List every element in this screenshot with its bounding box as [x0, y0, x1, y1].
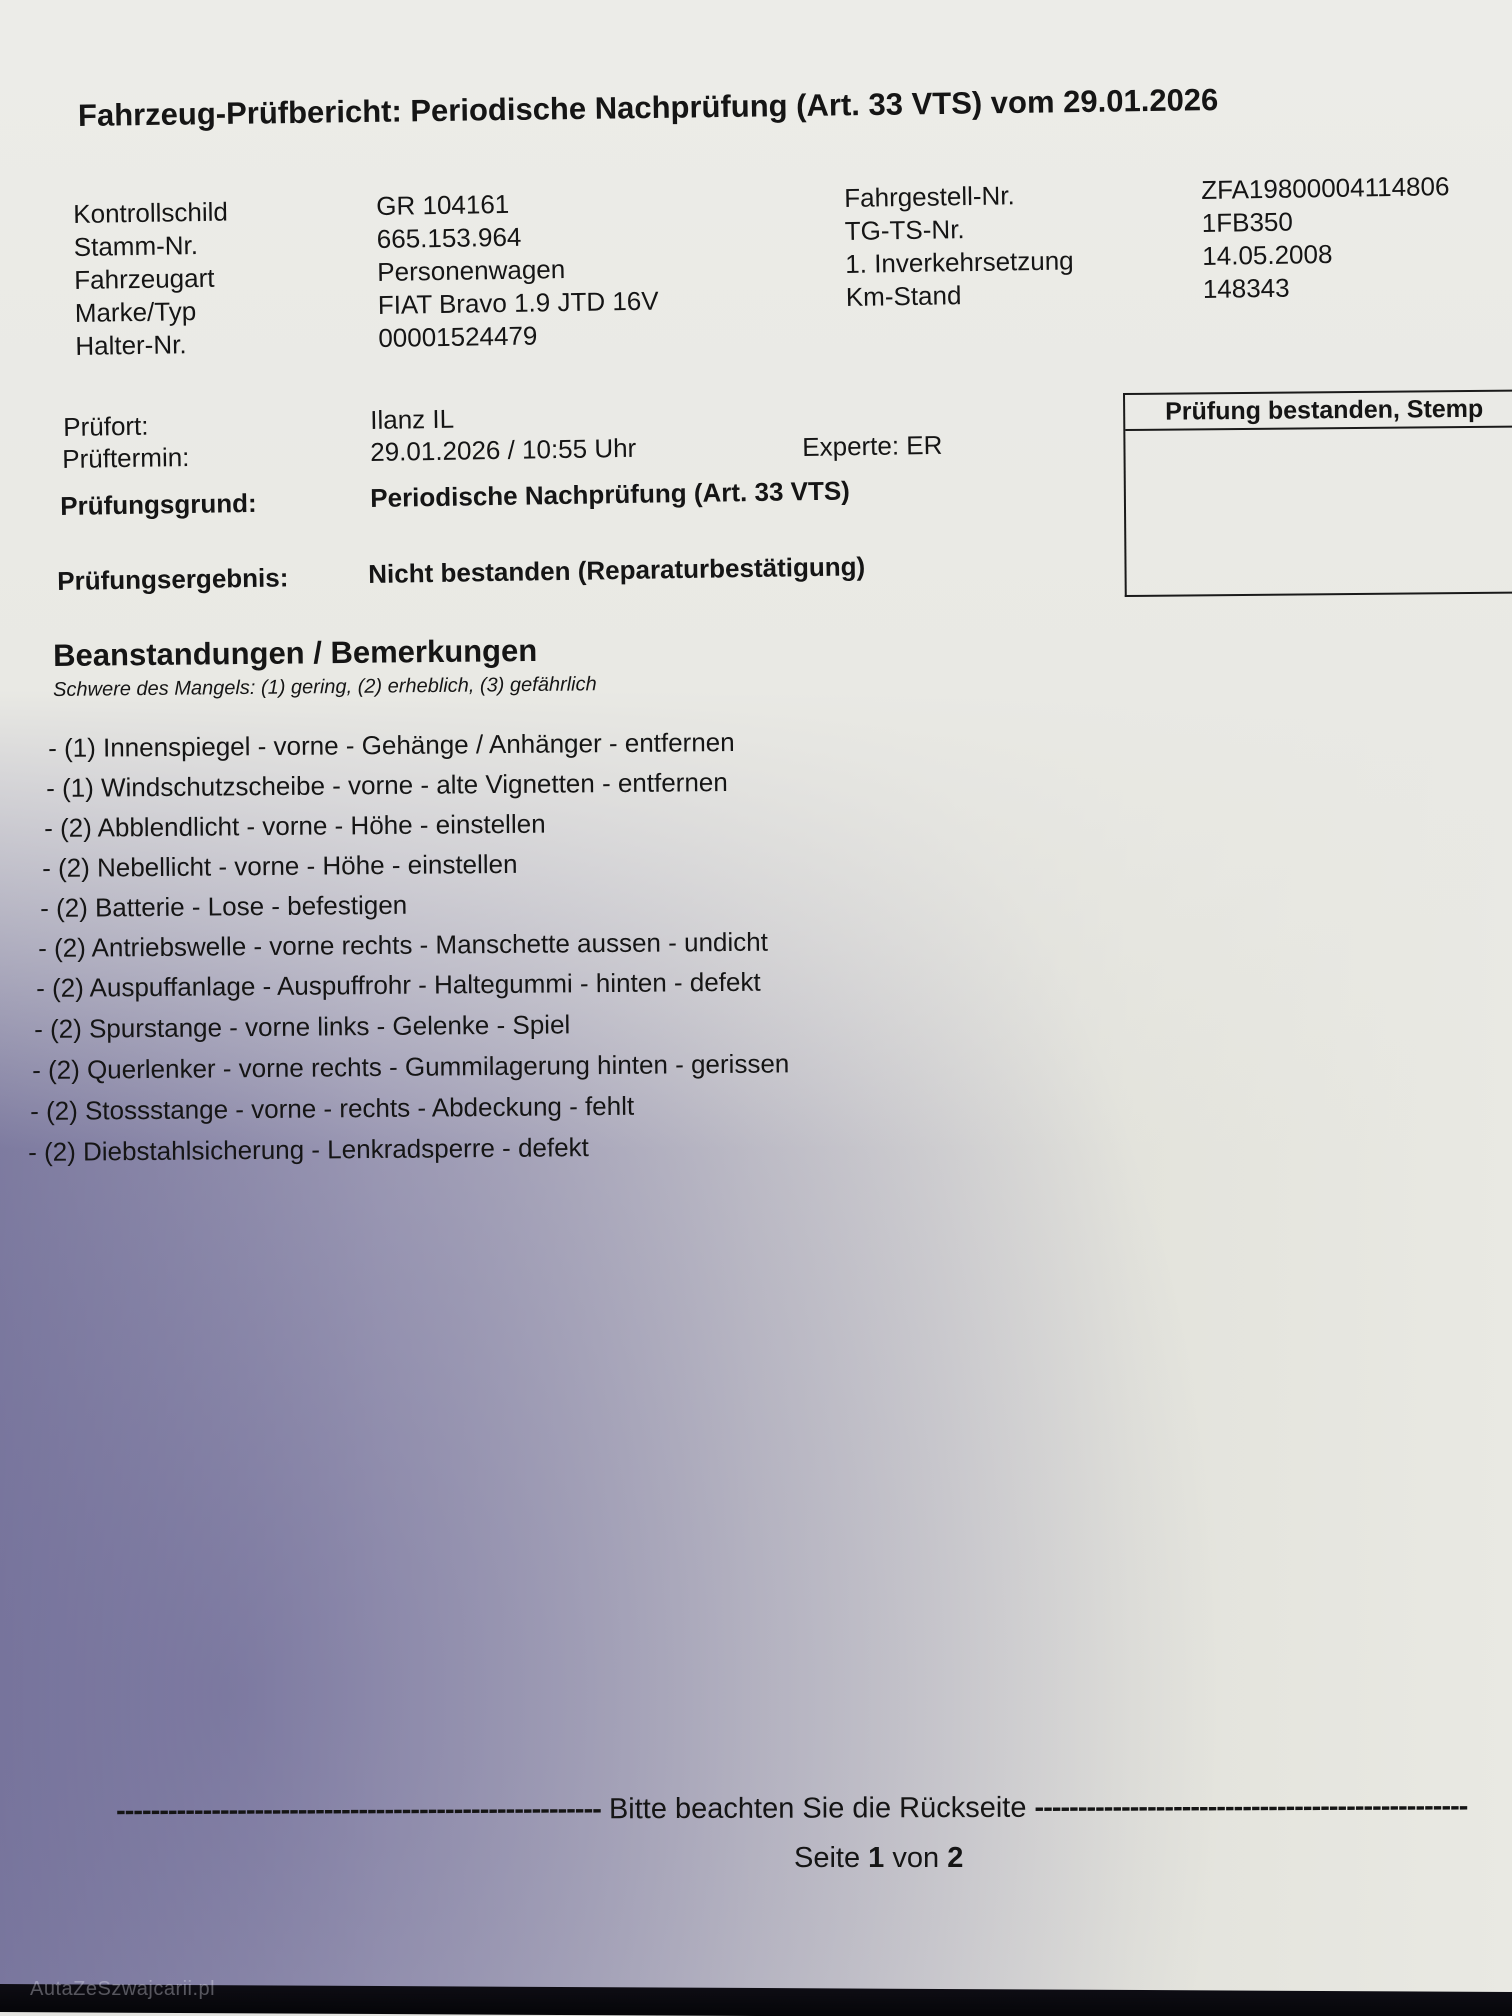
label-kontrollschild: Kontrollschild — [73, 196, 228, 231]
document-title: Fahrzeug-Prüfbericht: Periodische Nachpr… — [78, 82, 1219, 134]
page-number: Seite 1 von 2 — [794, 1842, 963, 1875]
reverse-side-notice: ----------------------------------------… — [116, 1790, 1467, 1828]
vehicle-values-left: GR 104161 665.153.964 Personenwagen FIAT… — [376, 186, 659, 355]
defect-item: - (2) Spurstange - vorne links - Gelenke… — [34, 1009, 570, 1045]
label-pruefungsgrund: Prüfungsgrund: — [60, 487, 257, 523]
page-current: 1 — [868, 1842, 884, 1874]
value-halter-nr: 00001524479 — [378, 318, 659, 355]
label-tg-ts-nr: TG-TS-Nr. — [845, 211, 1074, 248]
value-fahrgestell-nr: ZFA19800004114806 — [1201, 170, 1450, 207]
stamp-box: Prüfung bestanden, Stemp — [1123, 389, 1512, 597]
label-halter-nr: Halter-Nr. — [75, 328, 230, 363]
defect-item: - (2) Antriebswelle - vorne rechts - Man… — [38, 927, 768, 964]
value-kontrollschild: GR 104161 — [376, 186, 657, 223]
label-stamm-nr: Stamm-Nr. — [74, 229, 229, 264]
label-pruefort: Prüfort: — [63, 410, 149, 444]
defect-item: - (2) Abblendlicht - vorne - Höhe - eins… — [44, 809, 546, 844]
defects-title: Beanstandungen / Bemerkungen — [53, 633, 537, 674]
defect-item: - (2) Stossstange - vorne - rechts - Abd… — [30, 1091, 634, 1127]
defect-item: - (2) Querlenker - vorne rechts - Gummil… — [32, 1048, 789, 1086]
defect-item: - (2) Batterie - Lose - befestigen — [40, 890, 407, 924]
defect-item: - (2) Nebellicht - vorne - Höhe - einste… — [42, 849, 518, 884]
vehicle-labels-right: Fahrgestell-Nr. TG-TS-Nr. 1. Inverkehrse… — [844, 178, 1074, 314]
value-pruefungsergebnis: Nicht bestanden (Reparaturbestätigung) — [368, 550, 865, 591]
label-inverkehrsetzung: 1. Inverkehrsetzung — [845, 244, 1074, 281]
value-tg-ts-nr: 1FB350 — [1202, 203, 1451, 240]
vehicle-values-right: ZFA19800004114806 1FB350 14.05.2008 1483… — [1201, 170, 1451, 306]
dash-separator-left: ----------------------------------------… — [116, 1793, 601, 1827]
expert-code: Experte: ER — [802, 429, 943, 464]
value-km-stand: 148343 — [1203, 269, 1452, 306]
value-fahrzeugart: Personenwagen — [377, 252, 658, 289]
value-pruefort: Ilanz IL — [370, 403, 454, 437]
reverse-side-text: Bitte beachten Sie die Rückseite — [609, 1792, 1027, 1825]
value-stamm-nr: 665.153.964 — [377, 219, 658, 256]
watermark: AutaZeSzwajcarii.pl — [30, 1978, 215, 2001]
label-prueftermin: Prüftermin: — [62, 441, 190, 476]
label-marke-typ: Marke/Typ — [75, 295, 230, 330]
page-prefix: Seite — [794, 1842, 868, 1874]
defect-item: - (2) Diebstahlsicherung - Lenkradsperre… — [28, 1132, 589, 1168]
value-pruefungsgrund: Periodische Nachprüfung (Art. 33 VTS) — [370, 474, 850, 515]
page-mid: von — [884, 1842, 947, 1874]
page-total: 2 — [947, 1842, 963, 1874]
inspection-report: Fahrzeug-Prüfbericht: Periodische Nachpr… — [0, 0, 1512, 1995]
label-fahrzeugart: Fahrzeugart — [74, 262, 229, 297]
dash-separator-right: ----------------------------------------… — [1034, 1790, 1467, 1824]
label-fahrgestell-nr: Fahrgestell-Nr. — [844, 178, 1073, 215]
defect-item: - (2) Auspuffanlage - Auspuffrohr - Halt… — [36, 967, 761, 1004]
vehicle-labels-left: Kontrollschild Stamm-Nr. Fahrzeugart Mar… — [73, 196, 230, 363]
label-pruefungsergebnis: Prüfungsergebnis: — [57, 561, 289, 598]
label-km-stand: Km-Stand — [846, 277, 1075, 314]
severity-legend: Schwere des Mangels: (1) gering, (2) erh… — [53, 673, 597, 702]
value-prueftermin: 29.01.2026 / 10:55 Uhr — [370, 432, 636, 469]
value-inverkehrsetzung: 14.05.2008 — [1202, 236, 1451, 273]
defect-item: - (1) Innenspiegel - vorne - Gehänge / A… — [48, 727, 735, 764]
value-marke-typ: FIAT Bravo 1.9 JTD 16V — [378, 285, 659, 322]
stamp-box-header: Prüfung bestanden, Stemp — [1125, 391, 1512, 431]
defect-item: - (1) Windschutzscheibe - vorne - alte V… — [46, 767, 728, 804]
